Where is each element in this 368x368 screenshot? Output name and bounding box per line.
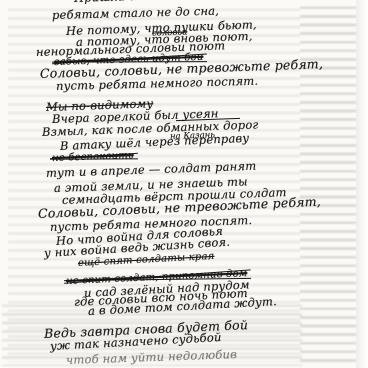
interlinear-insertion: соловьи xyxy=(152,27,188,38)
page-edge-shadow xyxy=(356,0,368,368)
manuscript-page: Пришла и к нам на фронт весна ребятам ст… xyxy=(0,0,368,368)
interlinear-insertion: на Казань xyxy=(170,130,215,142)
